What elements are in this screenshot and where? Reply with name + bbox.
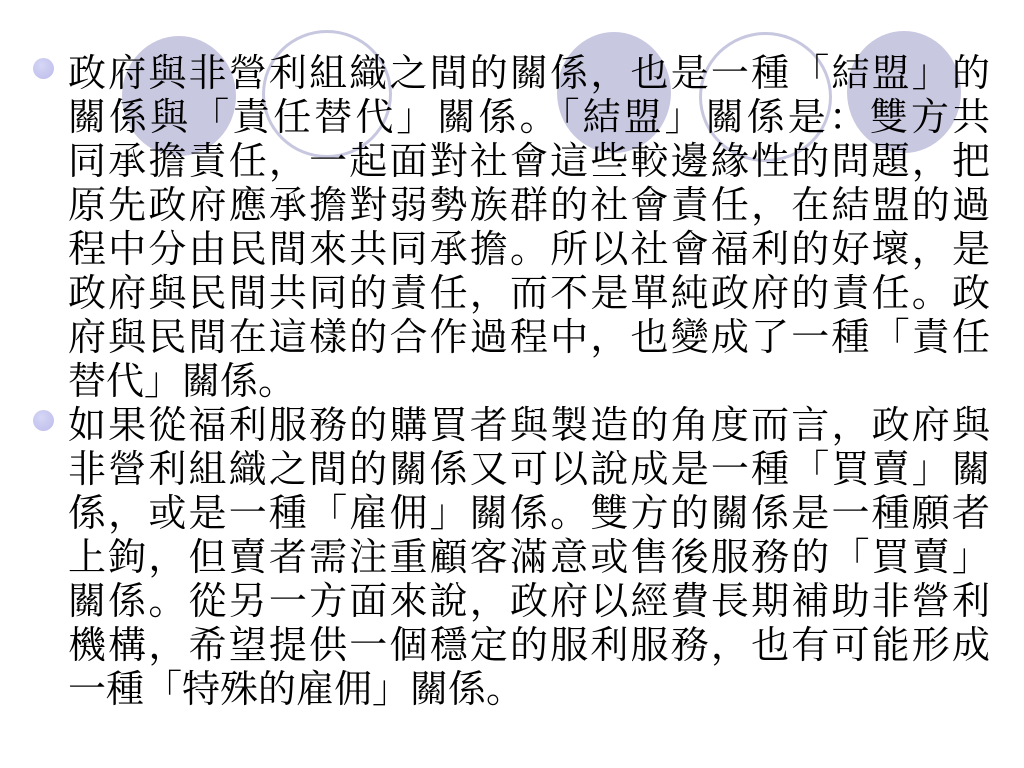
text-line: 係，或是一種「雇佣」關係。雙方的關係是一種願者: [68, 492, 990, 536]
text-line: 如果從福利服務的購買者與製造的角度而言，政府與: [68, 404, 990, 448]
bullet-icon: [33, 58, 54, 79]
text-line: 上鉤，但賣者需注重顧客滿意或售後服務的「買賣」: [68, 536, 990, 580]
text-line: 關係。從另一方面來說，政府以經費長期補助非營利: [68, 580, 990, 624]
text-line: 政府與民間共同的責任，而不是單純政府的責任。政: [68, 272, 990, 316]
bullet-icon: [33, 410, 54, 431]
text-line: 替代」關係。: [68, 360, 990, 404]
text-line: 非營利組織之間的關係又可以說成是一種「買賣」關: [68, 448, 990, 492]
text-line: 同承擔責任，一起面對社會這些較邊緣性的問題，把: [68, 140, 990, 184]
text-line: 府與民間在這樣的合作過程中，也變成了一種「責任: [68, 316, 990, 360]
text-line: 程中分由民間來共同承擔。所以社會福利的好壞，是: [68, 228, 990, 272]
bullet-paragraph-2: 如果從福利服務的購買者與製造的角度而言，政府與 非營利組織之間的關係又可以說成是…: [68, 404, 990, 712]
slide: 政府與非營利組織之間的關係，也是一種「結盟」的 關係與「責任替代」關係。「結盟」…: [0, 0, 1024, 768]
text-line: 機構，希望提供一個穩定的服利服務，也有可能形成: [68, 624, 990, 668]
text-line: 政府與非營利組織之間的關係，也是一種「結盟」的: [68, 52, 990, 96]
text-line: 一種「特殊的雇佣」關係。: [68, 668, 990, 712]
text-line: 原先政府應承擔對弱勢族群的社會責任，在結盟的過: [68, 184, 990, 228]
bullet-paragraph-1: 政府與非營利組織之間的關係，也是一種「結盟」的 關係與「責任替代」關係。「結盟」…: [68, 52, 990, 404]
text-line: 關係與「責任替代」關係。「結盟」關係是：雙方共: [68, 96, 990, 140]
